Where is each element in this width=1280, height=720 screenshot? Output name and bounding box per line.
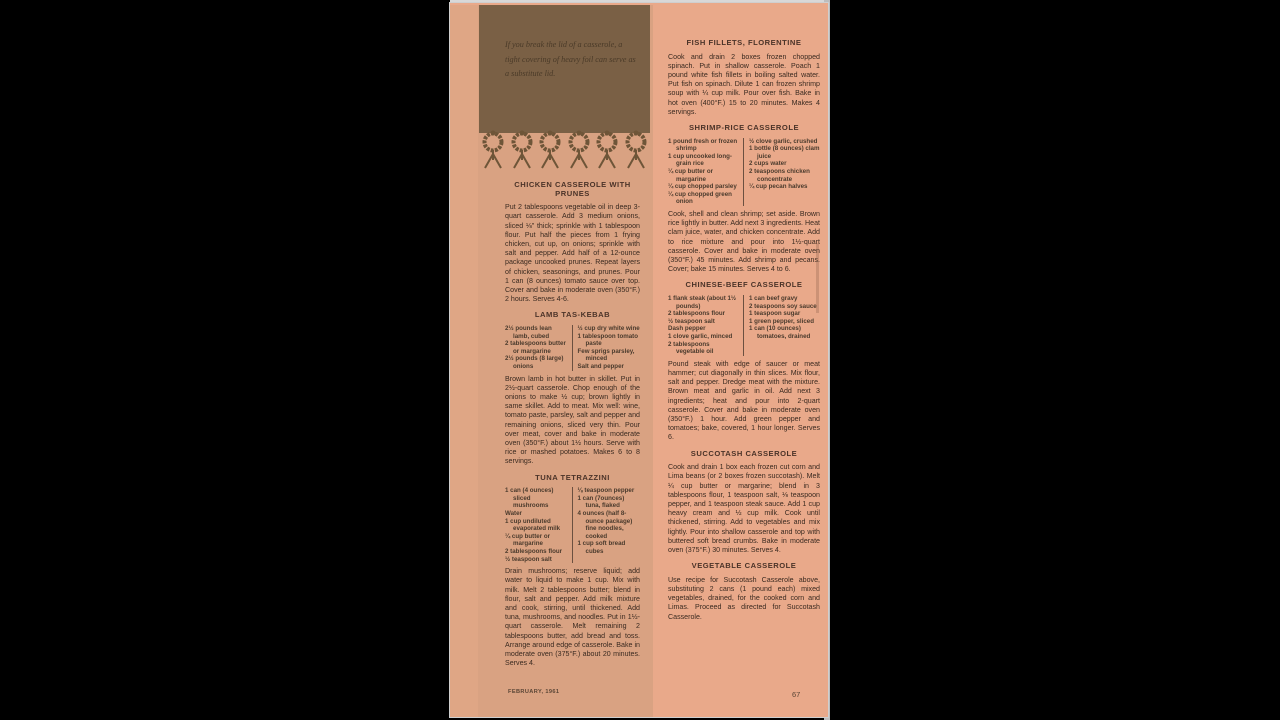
right-column: FISH FILLETS, FLORENTINE Cook and drain … [668, 39, 820, 629]
ingredient-item: ½ clove garlic, crushed [749, 138, 820, 146]
ingredient-item: 1 clove garlic, minced [668, 333, 739, 341]
recipe-instructions: Cook, shell and clean shrimp; set aside.… [668, 210, 820, 274]
recipe-instructions: Cook and drain 2 boxes frozen chopped sp… [668, 53, 820, 117]
ingredient-item: ½ teaspoon salt [505, 556, 568, 564]
ingredient-item: 1 can beef gravy [749, 295, 820, 303]
wreath-ornament-icon [537, 130, 563, 172]
ingredient-column-1: 2½ pounds lean lamb, cubed2 tablespoons … [505, 325, 573, 371]
ingredient-item: Few sprigs parsley, minced [578, 348, 641, 363]
wreath-ornament-icon [566, 130, 592, 172]
ingredient-item: 2 tablespoons butter or margarine [505, 340, 568, 355]
recipe-instructions: Pound steak with edge of saucer or meat … [668, 360, 820, 443]
ingredient-item: 2 teaspoons soy sauce [749, 303, 820, 311]
recipe-instructions: Put 2 tablespoons vegetable oil in deep … [505, 203, 640, 304]
recipe: CHICKEN CASSEROLE WITH PRUNES Put 2 tabl… [505, 181, 640, 304]
recipe: SUCCOTASH CASSEROLE Cook and drain 1 box… [668, 450, 820, 556]
ingredient-item: ⅛ teaspoon pepper [578, 487, 641, 495]
ingredient-item: 1 green pepper, sliced [749, 318, 820, 326]
ingredient-item: 1 can (7ounces) tuna, flaked [578, 495, 641, 510]
ingredient-item: 2 tablespoons flour [668, 310, 739, 318]
page-number: 67 [792, 690, 800, 699]
recipe: VEGETABLE CASSEROLE Use recipe for Succo… [668, 562, 820, 622]
wreath-ornament-icon [509, 130, 535, 172]
ingredient-list: 2½ pounds lean lamb, cubed2 tablespoons … [505, 325, 640, 371]
ingredient-item: 2½ pounds (8 large) onions [505, 355, 568, 370]
wreath-ornament-icon [480, 130, 506, 172]
ingredient-column-2: ½ cup dry white wine1 tablespoon tomato … [573, 325, 641, 371]
issue-date: FEBRUARY, 1961 [508, 689, 559, 695]
left-column: CHICKEN CASSEROLE WITH PRUNES Put 2 tabl… [505, 181, 640, 675]
ingredient-item: ¼ cup chopped green onion [668, 191, 739, 206]
recipe-title: SUCCOTASH CASSEROLE [668, 450, 820, 459]
ornament-row [479, 130, 650, 172]
page-shadow-mark [816, 243, 819, 313]
ingredient-item: Dash pepper [668, 325, 739, 333]
recipe: LAMB TAS-KEBAB 2½ pounds lean lamb, cube… [505, 311, 640, 466]
recipe-title: FISH FILLETS, FLORENTINE [668, 39, 820, 48]
ingredient-item: Water [505, 510, 568, 518]
ingredient-item: 1 bottle (8 ounces) clam juice [749, 145, 820, 160]
ingredient-item: ¼ cup chopped parsley [668, 183, 739, 191]
ingredient-column-2: ½ clove garlic, crushed1 bottle (8 ounce… [744, 138, 820, 206]
tip-text: If you break the lid of a casserole, a t… [505, 38, 637, 82]
recipe: CHINESE-BEEF CASSEROLE 1 flank steak (ab… [668, 281, 820, 442]
ingredient-column-2: ⅛ teaspoon pepper1 can (7ounces) tuna, f… [573, 487, 641, 563]
ingredient-item: 1 can (4 ounces) sliced mushrooms [505, 487, 568, 510]
ingredient-column-1: 1 flank steak (about 1½ pounds)2 tablesp… [668, 295, 744, 356]
ingredient-column-2: 1 can beef gravy2 teaspoons soy sauce1 t… [744, 295, 820, 356]
ingredient-column-1: 1 can (4 ounces) sliced mushroomsWater1 … [505, 487, 573, 563]
recipe-title: CHICKEN CASSEROLE WITH PRUNES [505, 181, 640, 198]
ingredient-item: 1 tablespoon tomato paste [578, 333, 641, 348]
ingredient-item: 1 teaspoon sugar [749, 310, 820, 318]
ingredient-item: 2 teaspoons chicken concentrate [749, 168, 820, 183]
ingredient-item: ¼ cup butter or margarine [505, 533, 568, 548]
recipe-title: VEGETABLE CASSEROLE [668, 562, 820, 571]
ingredient-list: 1 can (4 ounces) sliced mushroomsWater1 … [505, 487, 640, 563]
ingredient-column-1: 1 pound fresh or frozen shrimp1 cup unco… [668, 138, 744, 206]
wreath-ornament-icon [623, 130, 649, 172]
ingredient-item: ¼ cup butter or margarine [668, 168, 739, 183]
tip-box: If you break the lid of a casserole, a t… [479, 5, 650, 133]
ingredient-item: 2 tablespoons flour [505, 548, 568, 556]
recipe-instructions: Use recipe for Succotash Casserole above… [668, 576, 820, 622]
ingredient-item: 1 cup uncooked long-grain rice [668, 153, 739, 168]
ingredient-item: 2 cups water [749, 160, 820, 168]
recipe-instructions: Brown lamb in hot butter in skillet. Put… [505, 375, 640, 467]
magazine-page: If you break the lid of a casserole, a t… [450, 3, 828, 717]
ingredient-item: ½ teaspoon salt [668, 318, 739, 326]
ingredient-item: Salt and pepper [578, 363, 641, 371]
ingredient-item: 1 cup undiluted evaporated milk [505, 518, 568, 533]
recipe-title: LAMB TAS-KEBAB [505, 311, 640, 320]
ingredient-list: 1 flank steak (about 1½ pounds)2 tablesp… [668, 295, 820, 356]
recipe-instructions: Drain mushrooms; reserve liquid; add wat… [505, 567, 640, 668]
ingredient-item: 1 can (10 ounces) tomatoes, drained [749, 325, 820, 340]
ingredient-item: 1 flank steak (about 1½ pounds) [668, 295, 739, 310]
ingredient-item: 2 tablespoons vegetable oil [668, 341, 739, 356]
recipe: TUNA TETRAZZINI 1 can (4 ounces) sliced … [505, 474, 640, 669]
ingredient-item: 1 pound fresh or frozen shrimp [668, 138, 739, 153]
ingredient-item: ½ cup dry white wine [578, 325, 641, 333]
ingredient-item: 4 ounces (half 8-ounce package) fine noo… [578, 510, 641, 540]
ingredient-item: 1 cup soft bread cubes [578, 540, 641, 555]
recipe: SHRIMP-RICE CASSEROLE 1 pound fresh or f… [668, 124, 820, 274]
ingredient-item: ¼ cup pecan halves [749, 183, 820, 191]
ingredient-item: 2½ pounds lean lamb, cubed [505, 325, 568, 340]
wreath-ornament-icon [594, 130, 620, 172]
recipe-title: TUNA TETRAZZINI [505, 474, 640, 483]
recipe: FISH FILLETS, FLORENTINE Cook and drain … [668, 39, 820, 117]
ingredient-list: 1 pound fresh or frozen shrimp1 cup unco… [668, 138, 820, 206]
recipe-instructions: Cook and drain 1 box each frozen cut cor… [668, 463, 820, 555]
recipe-title: SHRIMP-RICE CASSEROLE [668, 124, 820, 133]
recipe-title: CHINESE-BEEF CASSEROLE [668, 281, 820, 290]
